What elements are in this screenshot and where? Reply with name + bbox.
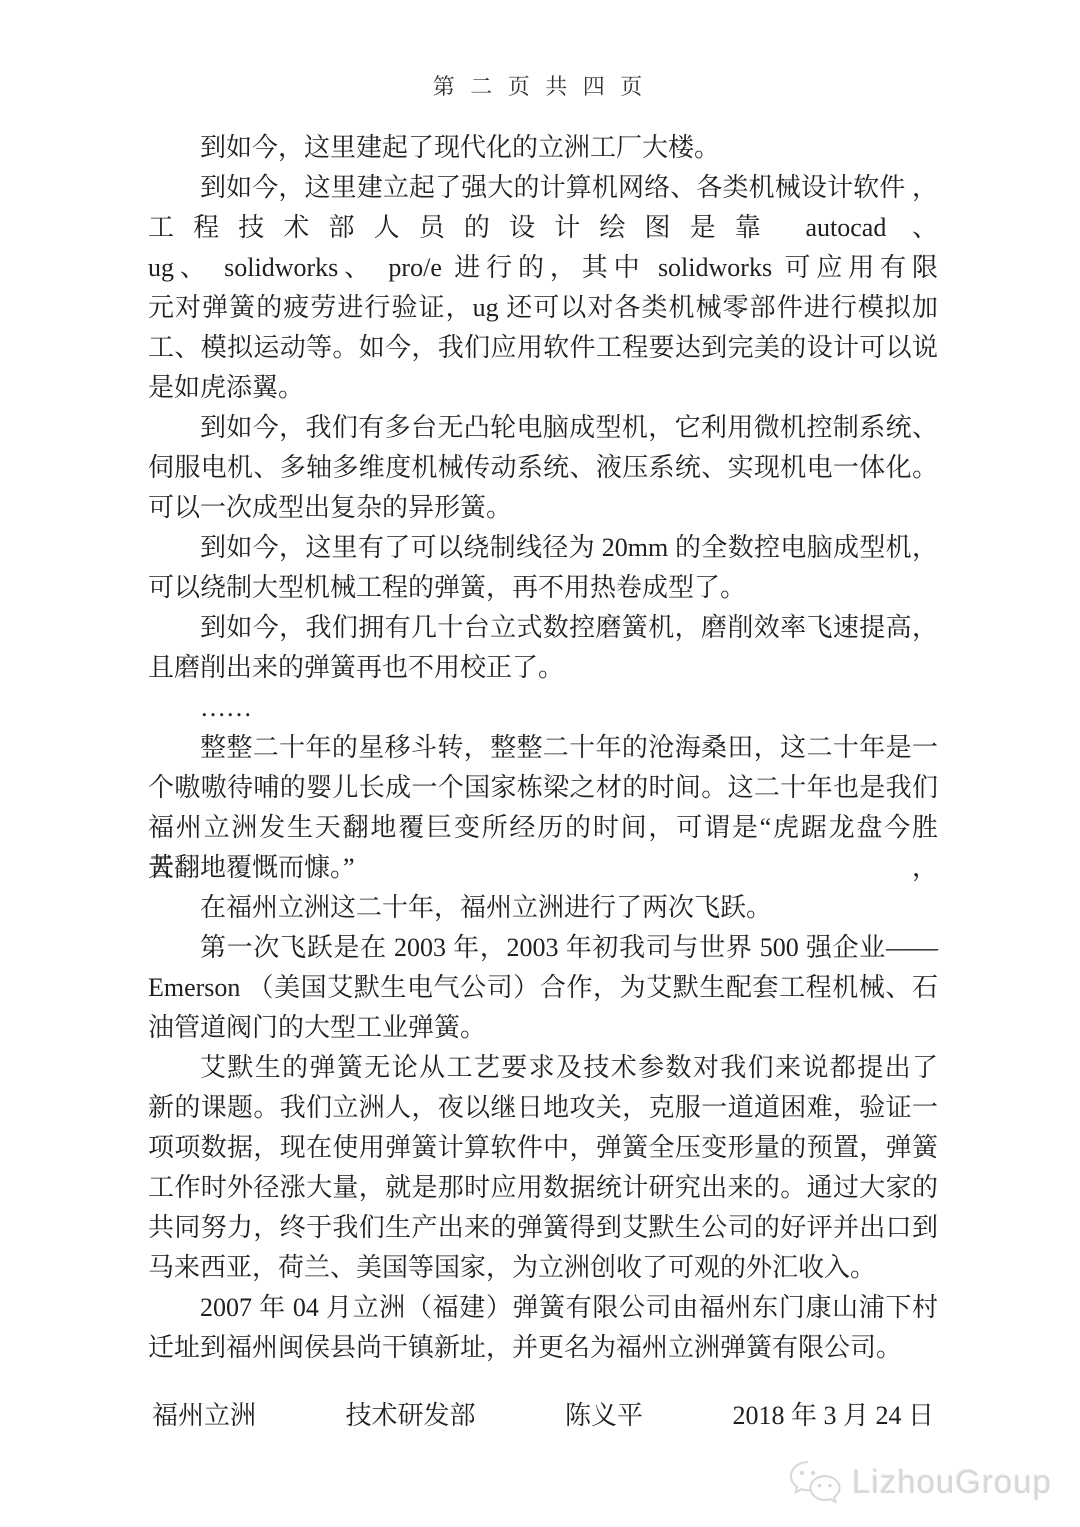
text-line: 到如今，这里建立起了强大的计算机网络、各类机械设计软件 ， [148,168,938,208]
text-line: 迁址到福州闽侯县尚干镇新址，并更名为福州立洲弹簧有限公司。 [148,1328,938,1368]
text-line: 马来西亚，荷兰、美国等国家，为立洲创收了可观的外汇收入。 [148,1248,938,1288]
text-line: 到如今，这里建起了现代化的立洲工厂大楼。 [148,128,938,168]
text-line: 到如今，我们拥有几十台立式数控磨簧机，磨削效率飞速提高， [148,608,938,648]
text-line: 伺服电机、多轴多维度机械传动系统、液压系统、实现机电一体化。 [148,448,938,488]
signature-company: 福州立洲 [152,1396,256,1436]
text-line: 油管道阀门的大型工业弹簧。 [148,1008,938,1048]
text-line: 新的课题。我们立洲人，夜以继日地攻关，克服一道道困难，验证一 [148,1088,938,1128]
page-number: 第 二 页 共 四 页 [0,0,1080,100]
signature-author: 陈义平 [565,1396,643,1436]
document-page: 第 二 页 共 四 页 到如今，这里建起了现代化的立洲工厂大楼。到如今，这里建立… [0,0,1080,1527]
text-line: 2007 年 04 月立洲（福建）弹簧有限公司由福州东门康山浦下村 [148,1288,938,1328]
text-line: 工程技术部人员的设计绘图是靠 autocad 、 [148,208,938,248]
text-line: 是如虎添翼。 [148,368,938,408]
text-line: 可以绕制大型机械工程的弹簧，再不用热卷成型了。 [148,568,938,608]
watermark-label: LizhouGroup [852,1463,1052,1501]
text-line: 个嗷嗷待哺的婴儿长成一个国家栋梁之材的时间。这二十年也是我们 [148,768,938,808]
text-line: 艾默生的弹簧无论从工艺要求及技术参数对我们来说都提出了 [148,1048,938,1088]
text-line: 共同努力，终于我们生产出来的弹簧得到艾默生公司的好评并出口到 [148,1208,938,1248]
text-line: Emerson （美国艾默生电气公司）合作，为艾默生配套工程机械、石 [148,968,938,1008]
text-line: 工、模拟运动等。如今，我们应用软件工程要达到完美的设计可以说 [148,328,938,368]
text-line: 工作时外径涨大量，就是那时应用数据统计研究出来的。通过大家的 [148,1168,938,1208]
text-line: 福州立洲发生天翻地覆巨变所经历的时间，可谓是“虎踞龙盘今胜昔， [148,808,938,848]
text-line: …… [148,688,938,728]
document-body: 到如今，这里建起了现代化的立洲工厂大楼。到如今，这里建立起了强大的计算机网络、各… [148,128,938,1368]
text-line: 元对弹簧的疲劳进行验证，ug 还可以对各类机械零部件进行模拟加 [148,288,938,328]
signature-department: 技术研发部 [345,1396,475,1436]
wechat-icon [788,1459,844,1505]
watermark: LizhouGroup [788,1459,1052,1505]
text-line: 可以一次成型出复杂的异形簧。 [148,488,938,528]
text-line: 项项数据，现在使用弹簧计算软件中，弹簧全压变形量的预置，弹簧 [148,1128,938,1168]
text-line: 第一次飞跃是在 2003 年，2003 年初我司与世界 500 强企业—— [148,928,938,968]
text-line: 整整二十年的星移斗转，整整二十年的沧海桑田，这二十年是一 [148,728,938,768]
text-line: 到如今，我们有多台无凸轮电脑成型机，它利用微机控制系统、 [148,408,938,448]
text-line: 在福州立洲这二十年，福州立洲进行了两次飞跃。 [148,888,938,928]
signature-row: 福州立洲 技术研发部 陈义平 2018 年 3 月 24 日 [152,1396,934,1436]
signature-date: 2018 年 3 月 24 日 [732,1396,934,1436]
text-line: 且磨削出来的弹簧再也不用校正了。 [148,648,938,688]
text-line: 到如今，这里有了可以绕制线径为 20mm 的全数控电脑成型机， [148,528,938,568]
text-line: ug、 solidworks、 pro/e 进行的，其中 solidworks … [148,248,938,288]
